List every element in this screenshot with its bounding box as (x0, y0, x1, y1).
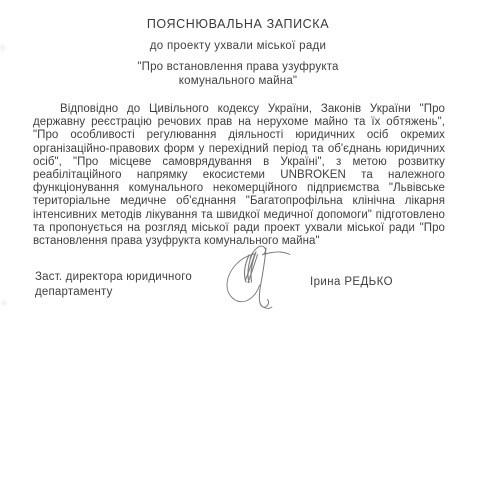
document-subject-line-2: комунального майна" (179, 75, 297, 87)
scan-smudge (2, 301, 6, 305)
document-title: ПОЯСНЮВАЛЬНА ЗАПИСКА (0, 17, 476, 31)
document-page: ПОЯСНЮВАЛЬНА ЗАПИСКА до проекту ухвали м… (0, 0, 480, 479)
handwritten-signature-icon (224, 240, 294, 312)
signatory-name: Ірина РЕДЬКО (310, 276, 393, 288)
signatory-position: Заст. директора юридичного департаменту (35, 270, 192, 300)
document-subtitle: до проекту ухвали міської ради (0, 40, 476, 52)
body-paragraph: Відповідно до Цивільного кодексу України… (33, 103, 445, 248)
document-subject-line-1: "Про встановлення права узуфрукта (137, 61, 338, 73)
scan-smudge (0, 46, 5, 50)
document-subject: "Про встановлення права узуфрукта комуна… (0, 60, 476, 88)
signatory-position-line-1: Заст. директора юридичного (35, 271, 192, 283)
signatory-position-line-2: департаменту (35, 286, 113, 298)
